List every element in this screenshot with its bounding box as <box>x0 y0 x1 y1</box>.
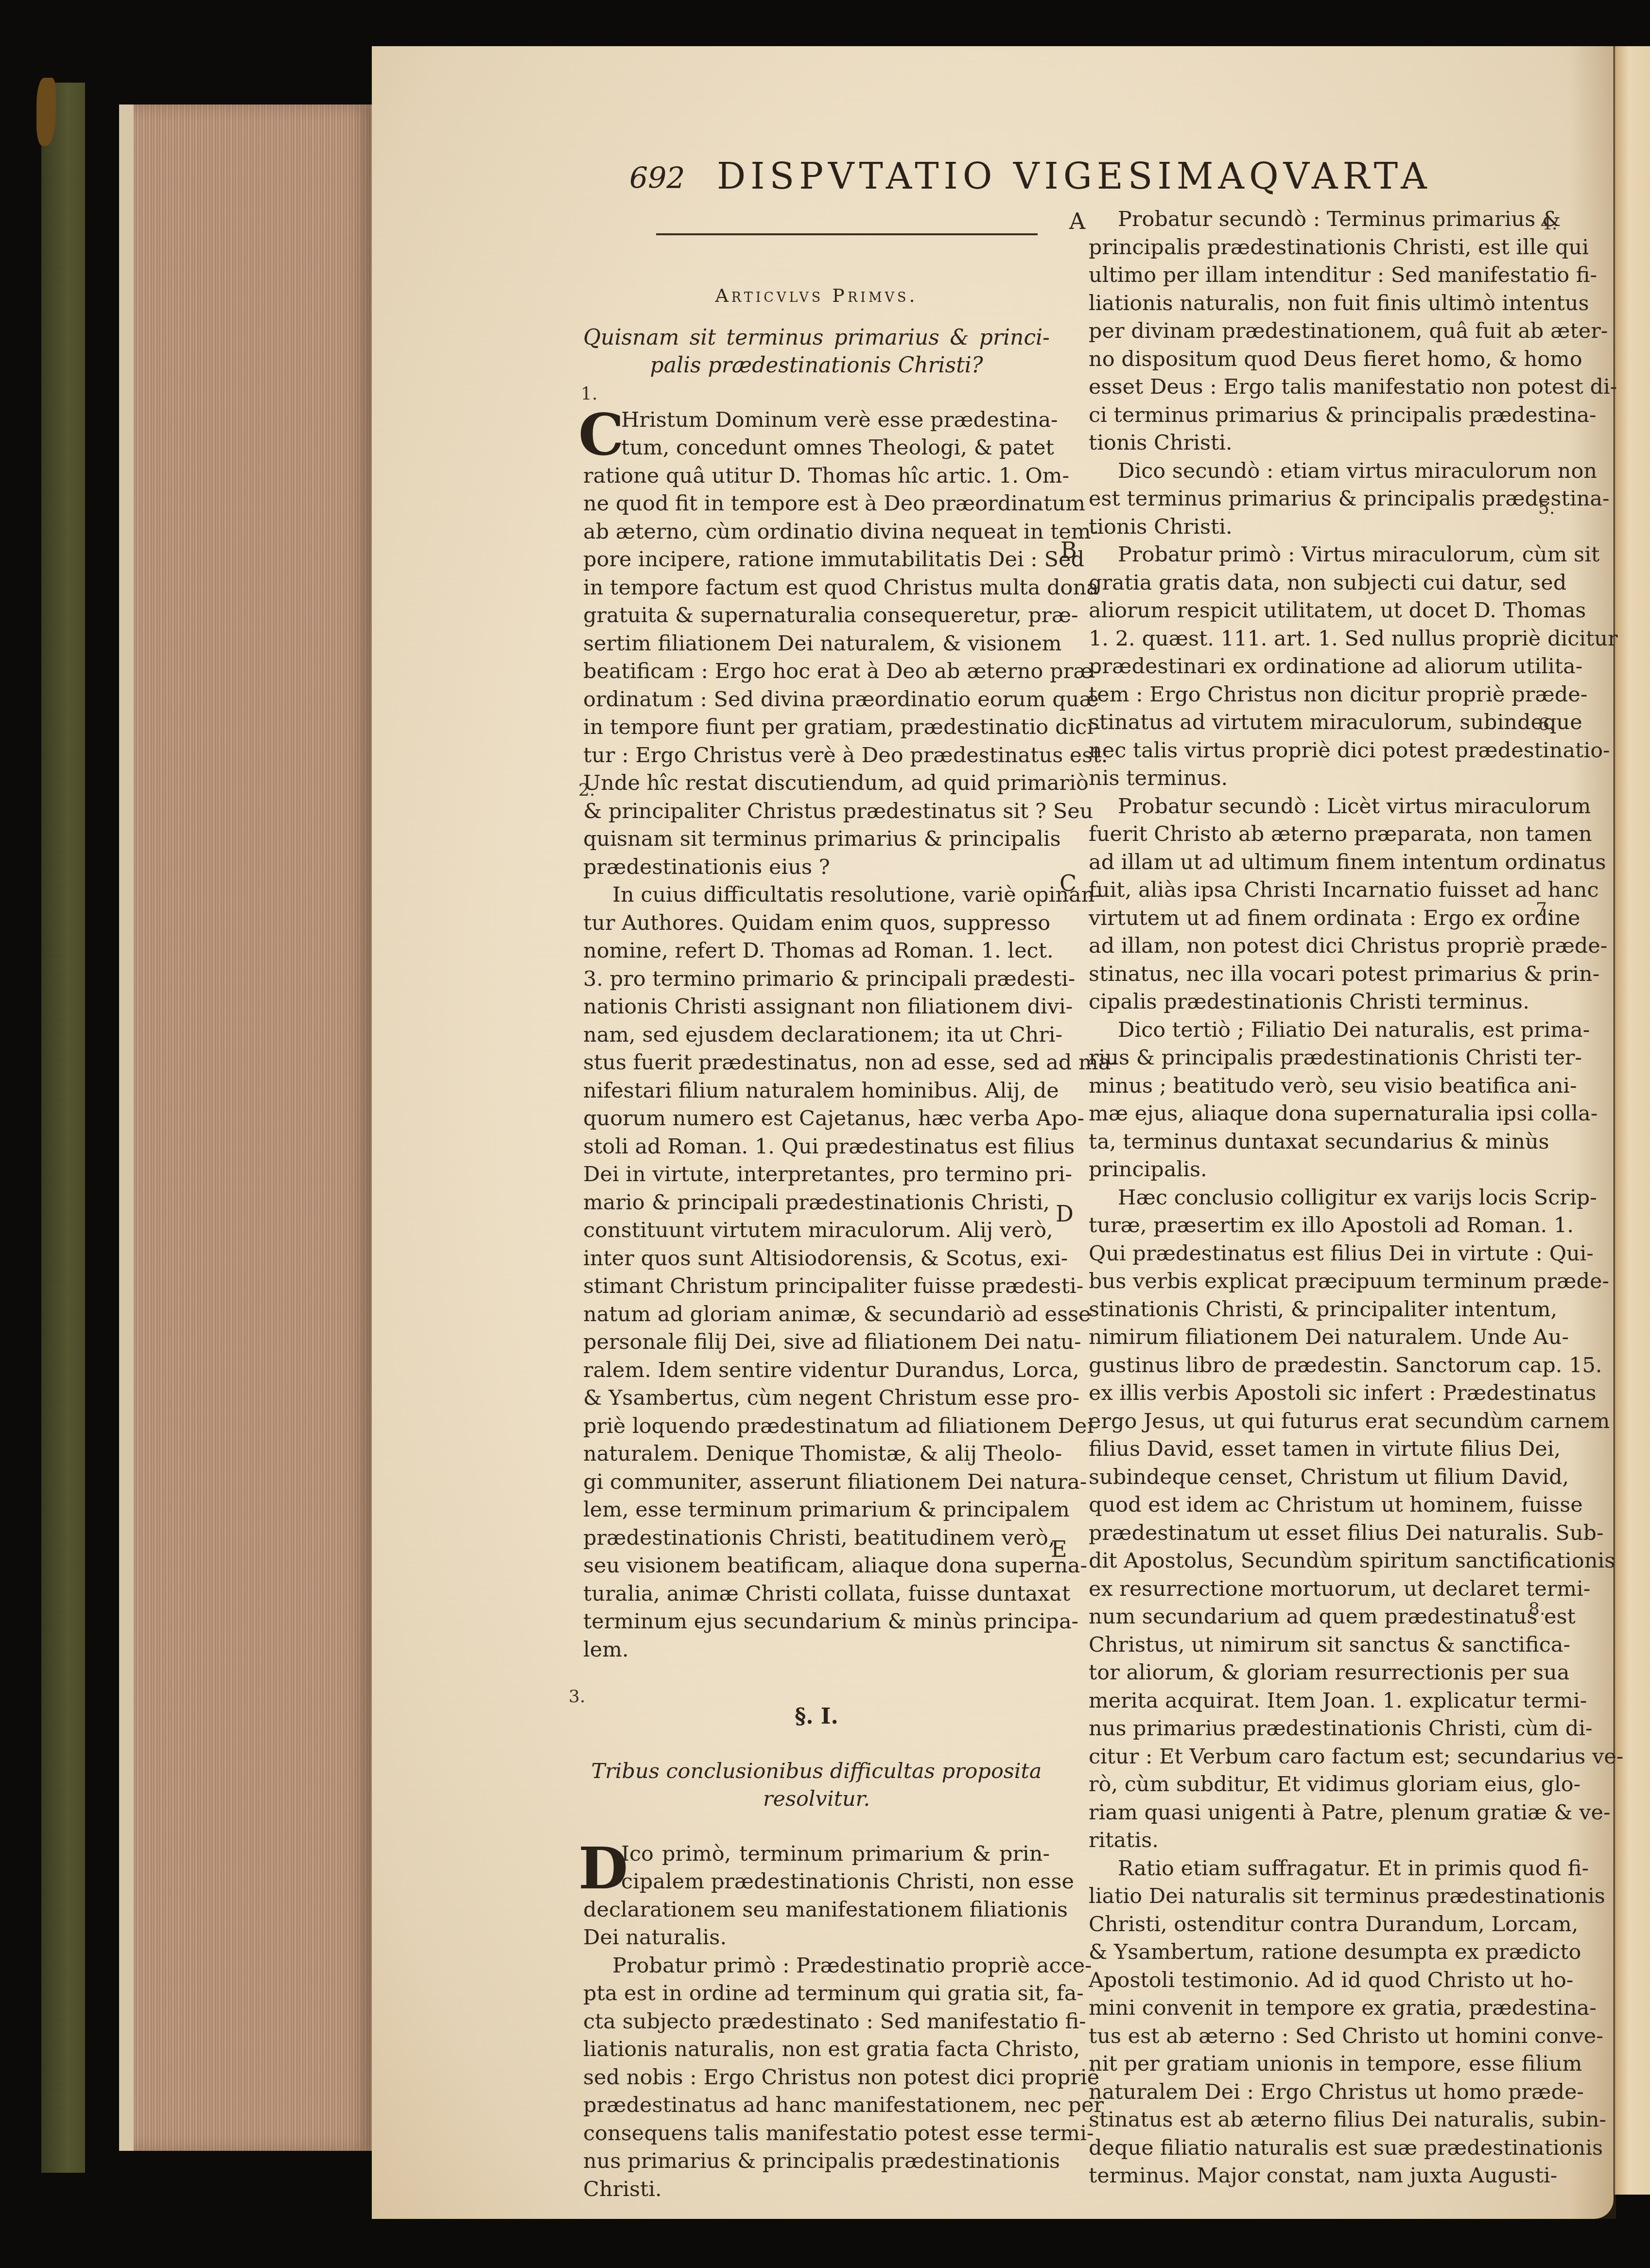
text-line: ad illam, non potest dici Christus propr… <box>1089 932 1516 960</box>
question-line: Quisnam sit terminus primarius & princi- <box>583 324 1050 352</box>
text-line: est terminus primarius & principalis præ… <box>1089 485 1516 513</box>
text-line: dit Apostolus, Secundùm spiritum sanctif… <box>1089 1547 1516 1575</box>
text-line: no dispositum quod Deus fieret homo, & h… <box>1089 346 1516 374</box>
drop-cap: C <box>578 410 624 459</box>
text-line: cipalis prædestinationis Christi terminu… <box>1089 988 1516 1016</box>
text-line: In cuius difficultatis resolutione, vari… <box>583 881 1050 909</box>
text-line: liationis naturalis, non fuit finis ulti… <box>1089 290 1516 318</box>
text-line: Unde hîc restat discutiendum, ad quid pr… <box>583 769 1050 798</box>
text-line: rò, cùm subditur, Et vidimus gloriam eiu… <box>1089 1771 1516 1799</box>
text-line: constituunt virtutem miraculorum. Alij v… <box>583 1217 1050 1245</box>
article-heading: Articvlvs Primvs. <box>583 282 1050 310</box>
text-line: natum ad gloriam animæ, & secundariò ad … <box>583 1301 1050 1329</box>
text-line: ritatis. <box>1089 1827 1516 1855</box>
text-line: stimant Christum principaliter fuisse pr… <box>583 1273 1050 1301</box>
text-line: 3. pro termino primario & principali præ… <box>583 965 1050 994</box>
text-line: Qui prædestinatus est filius Dei in virt… <box>1089 1240 1516 1268</box>
text-line: virtutem ut ad finem ordinata : Ergo ex … <box>1089 905 1516 933</box>
text-line: lem, esse terminum primarium & principal… <box>583 1496 1050 1524</box>
page-stack-fore-edge <box>119 105 372 2151</box>
text-line: Dei naturalis. <box>583 1924 1050 1952</box>
margin-number: 7. <box>1536 899 1552 919</box>
drop-cap: D <box>578 1844 628 1893</box>
text-line: num secundarium ad quem prædestinatus es… <box>1089 1603 1516 1631</box>
text-line: sed nobis : Ergo Christus non potest dic… <box>583 2064 1050 2092</box>
text-line: ordinatum : Sed divina præordinatio eoru… <box>583 686 1050 714</box>
text-line: fuerit Christo ab æterno præparata, non … <box>1089 820 1516 849</box>
text-line: Dico secundò : etiam virtus miraculorum … <box>1089 457 1516 486</box>
text-line: priè loquendo prædestinatum ad filiation… <box>583 1413 1050 1441</box>
text-line: per divinam prædestinationem, quâ fuit a… <box>1089 317 1516 346</box>
text-line: quorum numero est Cajetanus, hæc verba A… <box>583 1105 1050 1133</box>
text-line: naturalem. Denique Thomistæ, & alij Theo… <box>583 1440 1050 1468</box>
text-line: aliorum respicit utilitatem, ut docet D.… <box>1089 597 1516 625</box>
text-line: prædestinatum ut esset filius Dei natura… <box>1089 1519 1516 1548</box>
page-number: 692 <box>629 161 685 195</box>
text-line: nus primarius & principalis prædestinati… <box>583 2147 1050 2176</box>
text-line: ad illam ut ad ultimum finem intentum or… <box>1089 849 1516 877</box>
book-cover-edge <box>41 83 85 2173</box>
text-line: stinatus ad virtutem miraculorum, subind… <box>1089 709 1516 737</box>
text-line: nis terminus. <box>1089 765 1516 793</box>
text-line: Probatur secundò : Licèt virtus miraculo… <box>1089 793 1516 821</box>
text-line: terminum ejus secundarium & minùs princi… <box>583 1608 1050 1636</box>
text-line: personale filij Dei, sive ad filiationem… <box>583 1328 1050 1357</box>
gutter-letter-d: D <box>1056 1201 1074 1227</box>
text-line: turalia, animæ Christi collata, fuisse d… <box>583 1580 1050 1608</box>
text-line: stinationis Christi, & principaliter int… <box>1089 1296 1516 1324</box>
margin-number: 6. <box>1538 715 1555 734</box>
text-line: tor aliorum, & gloriam resurrectionis pe… <box>1089 1659 1516 1687</box>
text-line: merita acquirat. Item Joan. 1. explicatu… <box>1089 1687 1516 1715</box>
text-line: principalis. <box>1089 1156 1516 1184</box>
text-line: ratione quâ utitur D. Thomas hîc artic. … <box>583 462 1050 490</box>
facing-page-edge <box>1615 46 1650 2195</box>
text-line: tionis Christi. <box>1089 513 1516 541</box>
text-line: gratia gratis data, non subjecti cui dat… <box>1089 569 1516 597</box>
text-line: ne quod fit in tempore est à Deo præordi… <box>583 490 1050 518</box>
text-line: stoli ad Roman. 1. Qui prædestinatus est… <box>583 1133 1050 1161</box>
text-line: minus ; beatitudo verò, seu visio beatif… <box>1089 1072 1516 1100</box>
text-line: Christus, ut nimirum sit sanctus & sanct… <box>1089 1631 1516 1659</box>
text-line: nam, sed ejusdem declarationem; ita ut C… <box>583 1021 1050 1049</box>
gutter-letter-e: E <box>1051 1536 1067 1562</box>
text-line: seu visionem beatificam, aliaque dona su… <box>583 1552 1050 1580</box>
paragraph-4: Probatur primò : Prædestinatio propriè a… <box>583 1952 1050 2204</box>
text-line: nomine, refert D. Thomas ad Roman. 1. le… <box>583 937 1050 965</box>
text-line: filius David, esset tamen in virtute fil… <box>1089 1435 1516 1464</box>
text-line: quod est idem ac Christum ut hominem, fu… <box>1089 1491 1516 1519</box>
section-mark: §. I. <box>583 1703 1050 1731</box>
text-line: gratuita & supernaturalia consequeretur,… <box>583 602 1050 630</box>
section-subtitle: resolvitur. <box>583 1785 1050 1814</box>
text-line: gustinus libro de prædestin. Sanctorum c… <box>1089 1352 1516 1380</box>
text-line: nationis Christi assignant non filiation… <box>583 993 1050 1021</box>
paragraph-3: D Ico primò, terminum primarium & prin- … <box>583 1840 1050 1952</box>
text-line: nec talis virtus propriè dici potest præ… <box>1089 737 1516 765</box>
question-line: palis prædestinationis Christi? <box>583 351 1050 380</box>
text-line: stus fuerit prædestinatus, non ad esse, … <box>583 1049 1050 1077</box>
text-line: in tempore factum est quod Christus mult… <box>583 574 1050 602</box>
text-line: esset Deus : Ergo talis manifestatio non… <box>1089 373 1516 401</box>
text-line: Apostoli testimonio. Ad id quod Christo … <box>1089 1967 1516 1995</box>
margin-number: 1. <box>581 384 597 404</box>
section-subtitle: Tribus conclusionibus difficultas propos… <box>583 1758 1050 1786</box>
text-line: turæ, præsertim ex illo Apostoli ad Roma… <box>1089 1212 1516 1240</box>
text-line: nimirum filiationem Dei naturalem. Unde … <box>1089 1324 1516 1352</box>
text-line: tum, concedunt omnes Theologi, & patet <box>583 434 1050 462</box>
text-line: beatificam : Ergo hoc erat à Deo ab æter… <box>583 658 1050 686</box>
text-line: mario & principali prædestinationis Chri… <box>583 1189 1050 1217</box>
text-line: Probatur secundò : Terminus primarius & <box>1089 206 1516 234</box>
text-line: liationis naturalis, non est gratia fact… <box>583 2036 1050 2064</box>
text-line: quisnam sit terminus primarius & princip… <box>583 825 1050 854</box>
text-line: Probatur primò : Virtus miraculorum, cùm… <box>1089 541 1516 569</box>
margin-number: 3. <box>569 1687 585 1707</box>
text-line: ergo Jesus, ut qui futurus erat secundùm… <box>1089 1408 1516 1436</box>
text-line: cta subjecto prædestinato : Sed manifest… <box>583 2008 1050 2036</box>
text-line: cipalem prædestinationis Christi, non es… <box>583 1868 1050 1896</box>
text-line: pore incipere, ratione immutabilitatis D… <box>583 546 1050 574</box>
margin-number: 2. <box>578 780 595 800</box>
text-line: sertim filiationem Dei naturalem, & visi… <box>583 630 1050 658</box>
text-line: tur Authores. Quidam enim quos, suppress… <box>583 909 1050 938</box>
text-line: Christi, ostenditur contra Durandum, Lor… <box>1089 1911 1516 1939</box>
page-header: 692 DISPVTATIO VIGESIMAQVARTA <box>629 156 1456 204</box>
text-line: subindeque censet, Christum ut filium Da… <box>1089 1464 1516 1492</box>
text-line: prædestinatus ad hanc manifestationem, n… <box>583 2092 1050 2120</box>
frayed-binding <box>36 78 56 146</box>
text-line: ci terminus primarius & principalis præd… <box>1089 401 1516 430</box>
text-line: riam quasi unigenti à Patre, plenum grat… <box>1089 1799 1516 1827</box>
text-line: prædestinationis Christi, beatitudinem v… <box>583 1524 1050 1553</box>
right-column: Probatur secundò : Terminus primarius & … <box>1089 206 1516 2190</box>
text-line: gi communiter, asserunt filiationem Dei … <box>583 1468 1050 1497</box>
text-line: inter quos sunt Altisiodorensis, & Scotu… <box>583 1245 1050 1273</box>
gutter-letter-c: C <box>1059 870 1077 896</box>
text-line: Ratio etiam suffragatur. Et in primis qu… <box>1089 1855 1516 1883</box>
paragraph-2: In cuius difficultatis resolutione, vari… <box>583 881 1050 1664</box>
gutter-letter-b: B <box>1060 537 1077 563</box>
left-column: Articvlvs Primvs. Quisnam sit terminus p… <box>583 243 1050 2203</box>
text-line: in tempore fiunt per gratiam, prædestina… <box>583 714 1050 742</box>
text-line: 1. 2. quæst. 111. art. 1. Sed nullus pro… <box>1089 625 1516 653</box>
text-line: Christi. <box>583 2176 1050 2204</box>
text-line: consequens talis manifestatio potest ess… <box>583 2120 1050 2148</box>
text-line: fuit, aliàs ipsa Christi Incarnatio fuis… <box>1089 876 1516 905</box>
text-line: nus primarius prædestinationis Christi, … <box>1089 1715 1516 1743</box>
text-line: prædestinationis eius ? <box>583 854 1050 882</box>
text-line: tem : Ergo Christus non dicitur propriè … <box>1089 681 1516 709</box>
text-line: ralem. Idem sentire videntur Durandus, L… <box>583 1357 1050 1385</box>
text-line: ta, terminus duntaxat secundarius & minù… <box>1089 1128 1516 1156</box>
text-line: rius & principalis prædestinationis Chri… <box>1089 1044 1516 1072</box>
text-line: declarationem seu manifestationem filiat… <box>583 1896 1050 1924</box>
text-line: deque filiatio naturalis est suæ prædest… <box>1089 2134 1516 2163</box>
header-rule <box>656 233 1038 235</box>
text-line: lem. <box>583 1636 1050 1664</box>
text-line: Dico tertiò ; Filiatio Dei naturalis, es… <box>1089 1016 1516 1045</box>
margin-number: 5. <box>1538 498 1555 518</box>
text-line: ultimo per illam intenditur : Sed manife… <box>1089 262 1516 290</box>
text-line: terminus. Major constat, nam juxta Augus… <box>1089 2162 1516 2190</box>
text-line: mini convenit in tempore ex gratia, præd… <box>1089 1994 1516 2023</box>
text-line: & Ysambertum, ratione desumpta ex prædic… <box>1089 1938 1516 1967</box>
text-line: principalis prædestinationis Christi, es… <box>1089 234 1516 262</box>
text-line: nit per gratiam unionis in tempore, esse… <box>1089 2050 1516 2078</box>
text-line: & Ysambertus, cùm negent Christum esse p… <box>583 1384 1050 1413</box>
text-line: Ico primò, terminum primarium & prin- <box>583 1840 1050 1868</box>
text-line: stinatus est ab æterno filius Dei natura… <box>1089 2106 1516 2134</box>
gutter-letter-a: A <box>1069 208 1085 234</box>
text-line: tur : Ergo Christus verè à Deo prædestin… <box>583 742 1050 770</box>
text-line: stinatus, nec illa vocari potest primari… <box>1089 960 1516 989</box>
text-line: tionis Christi. <box>1089 429 1516 457</box>
text-line: naturalem Dei : Ergo Christus ut homo pr… <box>1089 2078 1516 2107</box>
text-line: citur : Et Verbum caro factum est; secun… <box>1089 1743 1516 1771</box>
text-line: mæ ejus, aliaque dona supernaturalia ips… <box>1089 1100 1516 1128</box>
text-line: & principaliter Christus prædestinatus s… <box>583 798 1050 826</box>
text-line: tus est ab æterno : Sed Christo ut homin… <box>1089 2023 1516 2051</box>
text-line: prædestinari ex ordinatione ad aliorum u… <box>1089 653 1516 681</box>
text-line: nifestari filium naturalem hominibus. Al… <box>583 1077 1050 1105</box>
text-line: ex illis verbis Apostoli sic infert : Pr… <box>1089 1379 1516 1408</box>
margin-number: 4. <box>1541 214 1557 234</box>
text-line: Hristum Dominum verè esse prædestina- <box>583 406 1050 435</box>
paragraph-1: C Hristum Dominum verè esse prædestina- … <box>583 406 1050 882</box>
margin-number: 8. <box>1528 1599 1545 1619</box>
text-line: Dei in virtute, interpretantes, pro term… <box>583 1161 1050 1189</box>
text-line: liatio Dei naturalis sit terminus prædes… <box>1089 1883 1516 1911</box>
text-line: ab æterno, cùm ordinatio divina nequeat … <box>583 518 1050 546</box>
running-title: DISPVTATIO VIGESIMAQVARTA <box>717 156 1432 197</box>
text-line: bus verbis explicat præcipuum terminum p… <box>1089 1268 1516 1296</box>
text-line: Probatur primò : Prædestinatio propriè a… <box>583 1952 1050 1980</box>
text-line: pta est in ordine ad terminum qui gratia… <box>583 1980 1050 2008</box>
text-line: ex resurrectione mortuorum, ut declaret … <box>1089 1575 1516 1604</box>
text-line: Hæc conclusio colligitur ex varijs locis… <box>1089 1184 1516 1212</box>
